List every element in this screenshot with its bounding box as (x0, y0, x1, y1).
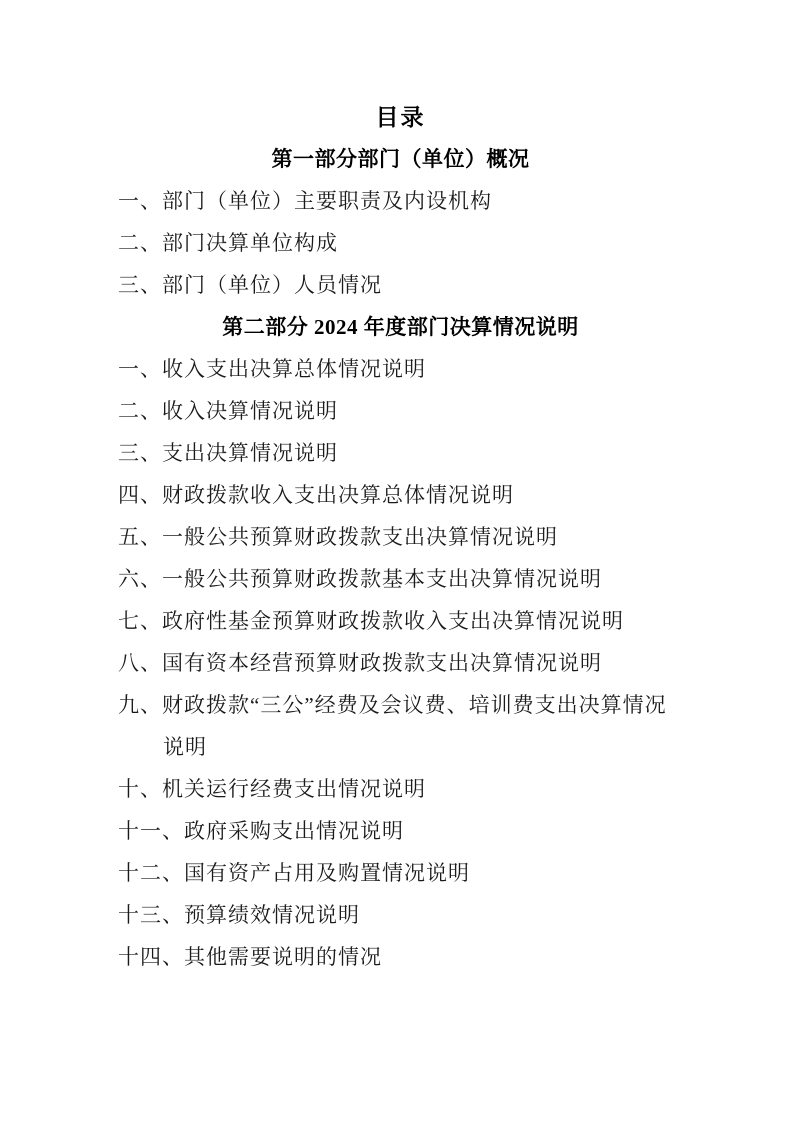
toc-item-part2-10: 十、机关运行经费支出情况说明 (118, 768, 683, 810)
toc-item-part2-9-continuation: 说明 (118, 726, 683, 768)
toc-item-part2-5: 五、一般公共预算财政拨款支出决算情况说明 (118, 516, 683, 558)
toc-item-part2-9: 九、财政拨款“三公”经费及会议费、培训费支出决算情况 (118, 684, 683, 726)
toc-item-part2-1: 一、收入支出决算总体情况说明 (118, 348, 683, 390)
section-heading-part2: 第二部分 2024 年度部门决算情况说明 (118, 306, 683, 348)
toc-item-part2-4: 四、财政拨款收入支出决算总体情况说明 (118, 474, 683, 516)
toc-item-part2-2: 二、收入决算情况说明 (118, 390, 683, 432)
toc-item-part2-6: 六、一般公共预算财政拨款基本支出决算情况说明 (118, 558, 683, 600)
toc-item-part2-3: 三、支出决算情况说明 (118, 432, 683, 474)
toc-item-part2-14: 十四、其他需要说明的情况 (118, 936, 683, 978)
toc-item-part1-1: 一、部门（单位）主要职责及内设机构 (118, 180, 683, 222)
toc-title: 目录 (118, 96, 683, 138)
toc-item-part2-7: 七、政府性基金预算财政拨款收入支出决算情况说明 (118, 600, 683, 642)
section-heading-part1: 第一部分部门（单位）概况 (118, 138, 683, 180)
toc-item-part2-11: 十一、政府采购支出情况说明 (118, 810, 683, 852)
toc-item-part2-12: 十二、国有资产占用及购置情况说明 (118, 852, 683, 894)
toc-item-part2-13: 十三、预算绩效情况说明 (118, 894, 683, 936)
toc-item-part1-2: 二、部门决算单位构成 (118, 222, 683, 264)
document-page: 目录 第一部分部门（单位）概况 一、部门（单位）主要职责及内设机构 二、部门决算… (0, 0, 793, 1122)
toc-item-part2-8: 八、国有资本经营预算财政拨款支出决算情况说明 (118, 642, 683, 684)
toc-item-part1-3: 三、部门（单位）人员情况 (118, 264, 683, 306)
